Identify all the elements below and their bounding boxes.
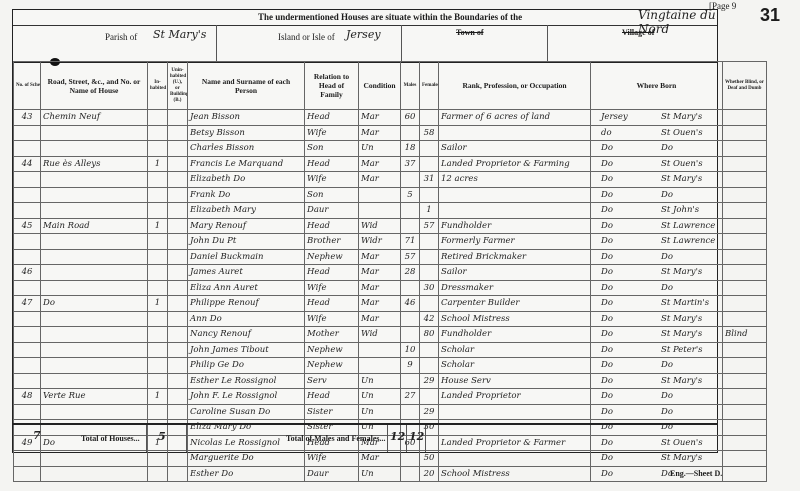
cell-relation: Daur [305, 466, 359, 482]
cell-condition: Un [359, 389, 401, 405]
totals-row: 7 Total of Houses... 5 Total of Males an… [13, 423, 717, 452]
table-row: 44Rue ès Alleys1Francis Le MarquandHeadM… [14, 156, 767, 172]
cell-occupation: Sailor [439, 141, 591, 157]
cell-male: 60 [401, 110, 420, 126]
cell-road [41, 466, 148, 482]
cell-schedule [14, 203, 41, 219]
cell-male: 9 [401, 358, 420, 374]
cell-road [41, 141, 148, 157]
cell-blind [723, 125, 767, 141]
col-road: Road, Street, &c., and No. or Name of Ho… [41, 62, 148, 110]
cell-where-born: doSt Ouen's [591, 125, 723, 141]
cell-occupation: House Serv [439, 373, 591, 389]
cell-occupation: Landed Proprietor & Farming [439, 156, 591, 172]
col-males: Males [401, 62, 420, 110]
cell-schedule: 45 [14, 218, 41, 234]
cell-where-born: DoDo [591, 280, 723, 296]
col-where-born: Where Born [591, 62, 723, 110]
cell-occupation: School Mistress [439, 311, 591, 327]
born-parish: St Mary's [661, 329, 702, 339]
born-parish: St Mary's [661, 174, 702, 184]
cell-uninhab [168, 389, 188, 405]
parish-cell: Parish of St Mary's [13, 25, 217, 61]
born-parish: St Mary's [661, 453, 702, 463]
cell-blind [723, 466, 767, 482]
cell-inhab [148, 311, 168, 327]
cell-blind [723, 435, 767, 451]
cell-where-born: DoSt Mary's [591, 265, 723, 281]
cell-relation: Head [305, 156, 359, 172]
cell-inhab [148, 172, 168, 188]
cell-condition [359, 342, 401, 358]
born-island: Do [593, 345, 661, 355]
col-schedule: No. of Schedule [14, 62, 41, 110]
cell-blind [723, 234, 767, 250]
cell-uninhab [168, 234, 188, 250]
cell-blind [723, 373, 767, 389]
cell-schedule [14, 373, 41, 389]
table-row: Nancy RenoufMotherWid80FundholderDoSt Ma… [14, 327, 767, 343]
cell-relation: Son [305, 187, 359, 203]
cell-schedule [14, 187, 41, 203]
cell-road: Chemin Neuf [41, 110, 148, 126]
cell-schedule [14, 358, 41, 374]
cell-name: Marguerite Do [188, 451, 305, 467]
cell-female [420, 296, 439, 312]
table-row: 45Main Road1Mary RenoufHeadWid57Fundhold… [14, 218, 767, 234]
cell-female [420, 187, 439, 203]
cell-where-born: DoSt Mary's [591, 311, 723, 327]
cell-where-born: DoSt Mary's [591, 373, 723, 389]
boundary-line: The undermentioned Houses are situate wi… [13, 10, 717, 26]
cell-blind [723, 249, 767, 265]
born-island: Do [593, 391, 661, 401]
cell-female: 80 [420, 327, 439, 343]
cell-blind [723, 420, 767, 436]
cell-condition: Mar [359, 125, 401, 141]
cell-road [41, 203, 148, 219]
cell-male [401, 451, 420, 467]
cell-condition: Mar [359, 156, 401, 172]
cell-female: 20 [420, 466, 439, 482]
cell-relation: Head [305, 218, 359, 234]
cell-occupation: Sailor [439, 265, 591, 281]
cell-blind [723, 404, 767, 420]
cell-blind [723, 451, 767, 467]
houses-total-value: 5 [158, 430, 166, 443]
born-island: Do [593, 236, 661, 246]
cell-road: Do [41, 296, 148, 312]
cell-road: Main Road [41, 218, 148, 234]
born-parish: St Peter's [661, 345, 703, 355]
cell-uninhab [168, 451, 188, 467]
cell-blind [723, 280, 767, 296]
cell-schedule [14, 280, 41, 296]
cell-relation: Head [305, 110, 359, 126]
cell-occupation [439, 125, 591, 141]
cell-where-born: DoDo [591, 404, 723, 420]
table-row: John Du PtBrotherWidr71Formerly FarmerDo… [14, 234, 767, 250]
cell-female: 42 [420, 311, 439, 327]
cell-male: 57 [401, 249, 420, 265]
cell-condition: Un [359, 141, 401, 157]
cell-blind [723, 389, 767, 405]
cell-condition: Mar [359, 265, 401, 281]
born-island: Do [593, 329, 661, 339]
cell-male: 27 [401, 389, 420, 405]
cell-uninhab [168, 156, 188, 172]
born-parish: St Martin's [661, 298, 709, 308]
cell-male: 10 [401, 342, 420, 358]
cell-inhab [148, 187, 168, 203]
cell-male: 71 [401, 234, 420, 250]
cell-road [41, 327, 148, 343]
cell-occupation: Dressmaker [439, 280, 591, 296]
cell-road [41, 311, 148, 327]
cell-name: Mary Renouf [188, 218, 305, 234]
cell-male [401, 311, 420, 327]
born-island: Do [593, 267, 661, 277]
cell-uninhab [168, 110, 188, 126]
cell-relation: Nephew [305, 358, 359, 374]
cell-uninhab [168, 342, 188, 358]
cell-name: Elizabeth Do [188, 172, 305, 188]
born-parish: Do [661, 407, 673, 417]
cell-relation: Nephew [305, 249, 359, 265]
cell-occupation [439, 187, 591, 203]
cell-condition: Mar [359, 311, 401, 327]
cell-where-born: DoSt Mary's [591, 172, 723, 188]
cell-condition: Mar [359, 110, 401, 126]
born-island: Do [593, 469, 661, 479]
born-parish: Do [661, 252, 673, 262]
cell-condition: Wid [359, 218, 401, 234]
cell-male [401, 404, 420, 420]
born-island: Do [593, 283, 661, 293]
cell-inhab [148, 327, 168, 343]
cell-relation: Wife [305, 280, 359, 296]
cell-occupation: Fundholder [439, 218, 591, 234]
cell-blind [723, 311, 767, 327]
cell-relation: Mother [305, 327, 359, 343]
cell-female: 29 [420, 373, 439, 389]
cell-blind [723, 156, 767, 172]
island-value: Jersey [346, 28, 381, 41]
cell-road [41, 125, 148, 141]
col-females: Females [420, 62, 439, 110]
cell-where-born: DoSt Peter's [591, 342, 723, 358]
cell-name: John F. Le Rossignol [188, 389, 305, 405]
cell-where-born: DoDo [591, 358, 723, 374]
col-inhabited: In-habited [148, 62, 168, 110]
cell-uninhab [168, 125, 188, 141]
cell-condition: Mar [359, 296, 401, 312]
cell-male [401, 203, 420, 219]
col-relation: Relation to Head of Family [305, 62, 359, 110]
cell-road [41, 373, 148, 389]
cell-name: Esther Do [188, 466, 305, 482]
cell-uninhab [168, 218, 188, 234]
cell-schedule: 44 [14, 156, 41, 172]
cell-where-born: DoDo [591, 141, 723, 157]
born-island: Jersey [593, 112, 661, 122]
cell-where-born: DoSt Lawrence [591, 218, 723, 234]
cell-name: Francis Le Marquand [188, 156, 305, 172]
cell-inhab [148, 249, 168, 265]
table-row: Esther DoDaurUn20School MistressDoDo [14, 466, 767, 482]
col-occupation: Rank, Profession, or Occupation [439, 62, 591, 110]
table-row: 46James AuretHeadMar28SailorDoSt Mary's [14, 265, 767, 281]
born-island: Do [593, 298, 661, 308]
cell-name: Daniel Buckmain [188, 249, 305, 265]
cell-schedule [14, 311, 41, 327]
cell-relation: Head [305, 265, 359, 281]
cell-inhab [148, 342, 168, 358]
born-island: Do [593, 360, 661, 370]
village-label: Village of [622, 28, 654, 37]
cell-blind [723, 296, 767, 312]
cell-male [401, 125, 420, 141]
cell-condition [359, 187, 401, 203]
town-label: Town of [456, 28, 484, 37]
cell-female [420, 156, 439, 172]
page-label: [Page 9 [709, 1, 736, 11]
houses-total-label: Total of Houses... [81, 434, 140, 443]
cell-uninhab [168, 358, 188, 374]
cell-uninhab [168, 327, 188, 343]
cell-condition: Un [359, 404, 401, 420]
cell-where-born: DoSt Martin's [591, 296, 723, 312]
cell-where-born: JerseySt Mary's [591, 110, 723, 126]
cell-inhab [148, 404, 168, 420]
cell-male [401, 172, 420, 188]
table-row: John James TiboutNephew10ScholarDoSt Pet… [14, 342, 767, 358]
cell-uninhab [168, 141, 188, 157]
cell-where-born: DoSt Mary's [591, 327, 723, 343]
born-parish: Do [661, 190, 673, 200]
cell-schedule [14, 327, 41, 343]
cell-condition: Un [359, 466, 401, 482]
cell-name: Betsy Bisson [188, 125, 305, 141]
table-row: Frank DoSon5DoDo [14, 187, 767, 203]
table-row: Esther Le RossignolServUn29House ServDoS… [14, 373, 767, 389]
born-parish: St Mary's [661, 112, 702, 122]
cell-female: 58 [420, 125, 439, 141]
cell-female: 50 [420, 451, 439, 467]
cell-condition: Mar [359, 451, 401, 467]
cell-uninhab [168, 187, 188, 203]
cell-where-born: DoSt Ouen's [591, 156, 723, 172]
cell-uninhab [168, 311, 188, 327]
cell-blind [723, 342, 767, 358]
table-row: Eliza Ann AuretWifeMar30DressmakerDoDo [14, 280, 767, 296]
census-table: No. of Schedule Road, Street, &c., and N… [13, 61, 767, 482]
cell-inhab [148, 280, 168, 296]
cell-where-born: DoDo [591, 389, 723, 405]
table-row: Philip Ge DoNephew9ScholarDoDo [14, 358, 767, 374]
col-uninhabited: Unin-habited (U.), or Building (B.) [168, 62, 188, 110]
totals-mark: 7 [33, 429, 41, 442]
cell-road [41, 451, 148, 467]
cell-occupation: Scholar [439, 342, 591, 358]
cell-inhab: 1 [148, 389, 168, 405]
cell-male: 18 [401, 141, 420, 157]
born-parish: St Ouen's [661, 128, 703, 138]
cell-relation: Wife [305, 451, 359, 467]
cell-uninhab [168, 172, 188, 188]
cell-relation: Wife [305, 172, 359, 188]
cell-inhab [148, 125, 168, 141]
col-name: Name and Surname of each Person [188, 62, 305, 110]
cell-condition: Mar [359, 249, 401, 265]
born-parish: St Lawrence [661, 221, 715, 231]
cell-schedule [14, 141, 41, 157]
cell-inhab [148, 373, 168, 389]
table-row: 47Do1Philippe RenoufHeadMar46Carpenter B… [14, 296, 767, 312]
cell-female [420, 110, 439, 126]
cell-female: 57 [420, 218, 439, 234]
cell-male [401, 327, 420, 343]
cell-male [401, 466, 420, 482]
cell-occupation: Fundholder [439, 327, 591, 343]
cell-male: 5 [401, 187, 420, 203]
boundary-lead: The undermentioned Houses are situate wi… [258, 12, 522, 22]
census-sheet: The undermentioned Houses are situate wi… [12, 9, 718, 453]
cell-schedule [14, 125, 41, 141]
cell-condition: Wid [359, 327, 401, 343]
born-island: do [593, 128, 661, 138]
persons-total-label: Total of Males and Females... [286, 434, 385, 443]
born-parish: Do [661, 391, 673, 401]
cell-road [41, 280, 148, 296]
table-row: 48Verte Rue1John F. Le RossignolHeadUn27… [14, 389, 767, 405]
cell-occupation: Scholar [439, 358, 591, 374]
folio-number: 31 [760, 5, 780, 26]
cell-name: Frank Do [188, 187, 305, 203]
cell-name: Esther Le Rossignol [188, 373, 305, 389]
village-cell: Village of [547, 25, 717, 61]
cell-male: 46 [401, 296, 420, 312]
col-blind: Whether Blind, or Deaf and Dumb [723, 62, 767, 110]
cell-uninhab [168, 373, 188, 389]
cell-uninhab [168, 466, 188, 482]
cell-condition [359, 358, 401, 374]
cell-road: Verte Rue [41, 389, 148, 405]
born-island: Do [593, 252, 661, 262]
cell-male: 37 [401, 156, 420, 172]
cell-name: John James Tibout [188, 342, 305, 358]
cell-road [41, 187, 148, 203]
cell-schedule [14, 404, 41, 420]
cell-inhab [148, 466, 168, 482]
cell-inhab: 1 [148, 218, 168, 234]
cell-occupation [439, 203, 591, 219]
cell-uninhab [168, 249, 188, 265]
parish-value: St Mary's [153, 28, 206, 41]
cell-blind [723, 110, 767, 126]
cell-blind [723, 141, 767, 157]
cell-blind [723, 218, 767, 234]
cell-blind [723, 358, 767, 374]
cell-condition [359, 203, 401, 219]
born-island: Do [593, 143, 661, 153]
col-condition: Condition [359, 62, 401, 110]
table-row: Elizabeth DoWifeMar3112 acresDoSt Mary's [14, 172, 767, 188]
cell-schedule [14, 466, 41, 482]
born-parish: Do [661, 143, 673, 153]
island-label: Island or Isle of [278, 32, 335, 42]
cell-road [41, 342, 148, 358]
cell-female: 1 [420, 203, 439, 219]
cell-inhab [148, 234, 168, 250]
cell-inhab [148, 203, 168, 219]
born-parish: St Mary's [661, 267, 702, 277]
table-row: Marguerite DoWifeMar50DoSt Mary's [14, 451, 767, 467]
cell-male [401, 373, 420, 389]
cell-condition: Mar [359, 280, 401, 296]
cell-occupation: Carpenter Builder [439, 296, 591, 312]
cell-name: John Du Pt [188, 234, 305, 250]
cell-schedule [14, 451, 41, 467]
cell-schedule [14, 249, 41, 265]
cell-condition: Widr [359, 234, 401, 250]
cell-where-born: DoSt Mary's [591, 451, 723, 467]
cell-name: Ann Do [188, 311, 305, 327]
cell-uninhab [168, 296, 188, 312]
cell-inhab [148, 141, 168, 157]
table-row: Betsy BissonWifeMar58doSt Ouen's [14, 125, 767, 141]
cell-relation: Sister [305, 404, 359, 420]
born-parish: St Ouen's [661, 159, 703, 169]
cell-relation: Son [305, 141, 359, 157]
born-island: Do [593, 159, 661, 169]
cell-name: Charles Bisson [188, 141, 305, 157]
cell-blind [723, 203, 767, 219]
cell-relation: Wife [305, 311, 359, 327]
cell-schedule: 47 [14, 296, 41, 312]
cell-uninhab [168, 280, 188, 296]
cell-name: Eliza Ann Auret [188, 280, 305, 296]
cell-inhab [148, 358, 168, 374]
cell-blind [723, 265, 767, 281]
cell-condition: Un [359, 373, 401, 389]
males-total: 12 [390, 430, 405, 443]
cell-blind [723, 172, 767, 188]
cell-female [420, 249, 439, 265]
table-row: Caroline Susan DoSisterUn29DoDo [14, 404, 767, 420]
cell-uninhab [168, 404, 188, 420]
born-island: Do [593, 221, 661, 231]
born-island: Do [593, 205, 661, 215]
cell-occupation [439, 404, 591, 420]
town-cell: Town of [401, 25, 548, 61]
cell-relation: Daur [305, 203, 359, 219]
header-row: No. of Schedule Road, Street, &c., and N… [14, 62, 767, 110]
born-parish: St John's [661, 205, 699, 215]
cell-occupation: Retired Brickmaker [439, 249, 591, 265]
cell-where-born: DoDo [591, 249, 723, 265]
cell-road [41, 265, 148, 281]
born-parish: St Mary's [661, 314, 702, 324]
cell-relation: Head [305, 296, 359, 312]
born-island: Do [593, 174, 661, 184]
born-island: Do [593, 190, 661, 200]
cell-name: Philip Ge Do [188, 358, 305, 374]
cell-female [420, 141, 439, 157]
females-total: 12 [409, 430, 424, 443]
cell-occupation: Landed Proprietor [439, 389, 591, 405]
cell-male: 28 [401, 265, 420, 281]
